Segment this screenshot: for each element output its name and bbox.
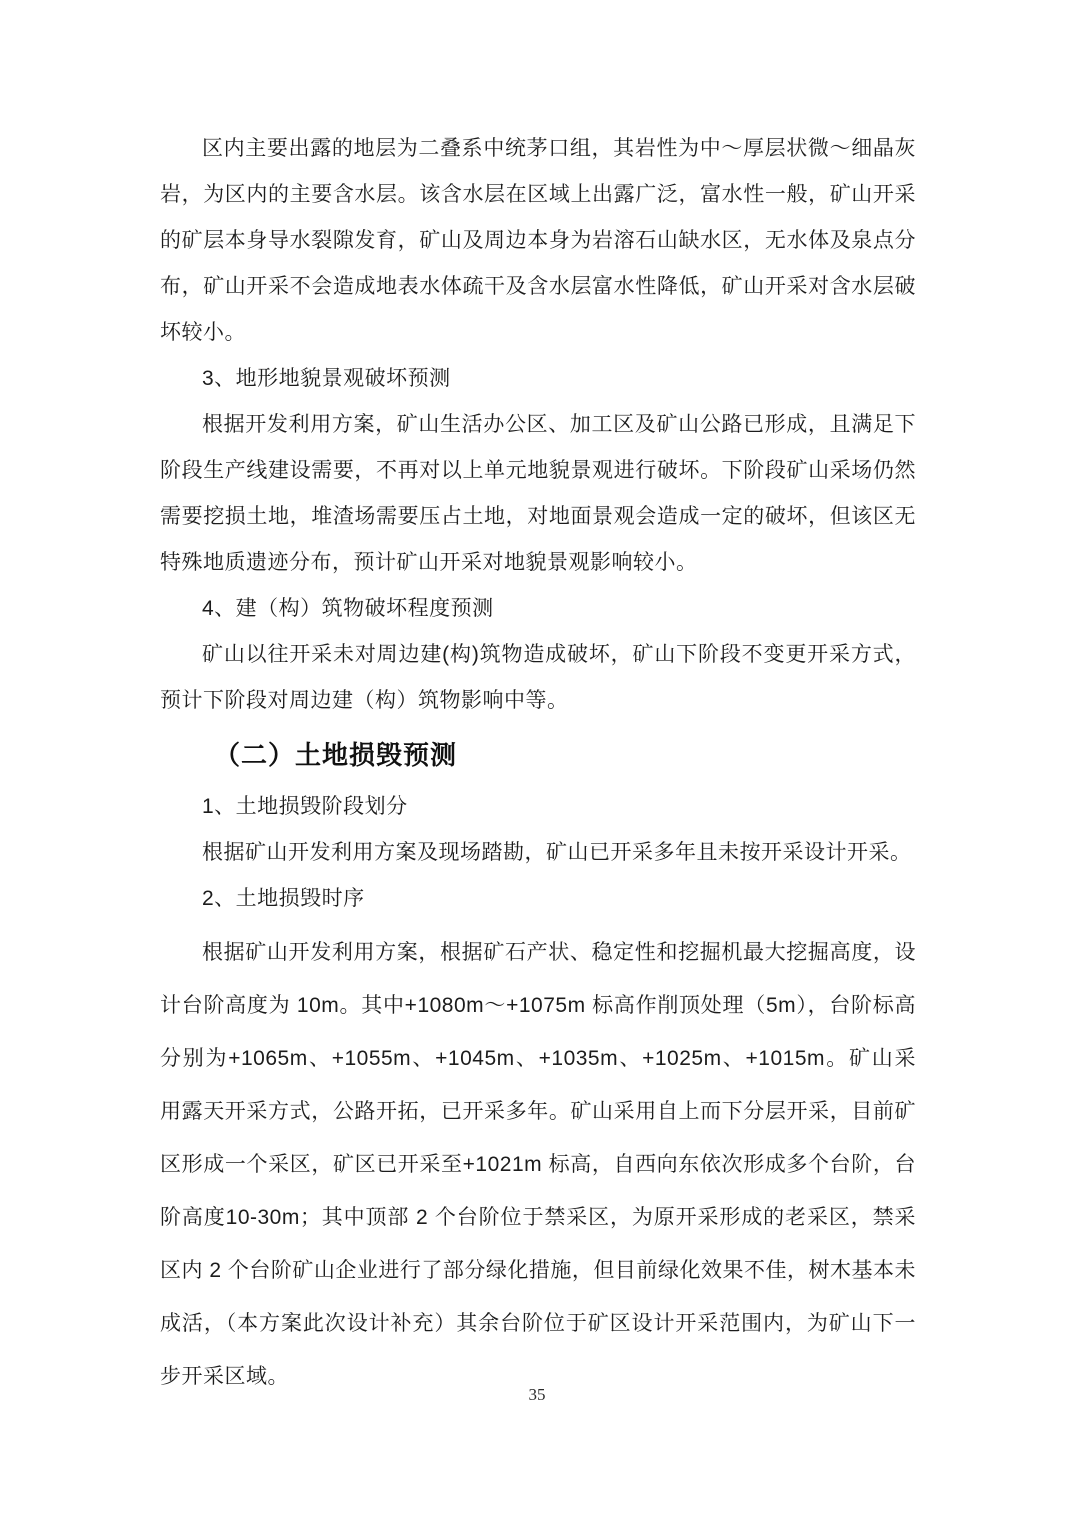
page-number: 35 <box>0 1385 1074 1405</box>
paragraph-land-damage-sequence: 根据矿山开发利用方案，根据矿石产状、稳定性和挖掘机最大挖掘高度，设计台阶高度为 … <box>160 926 916 1403</box>
paragraph-landscape-impact: 根据开发利用方案，矿山生活办公区、加工区及矿山公路已形成，且满足下阶段生产线建设… <box>160 402 916 586</box>
section-heading-land-damage-prediction: （二）土地损毁预测 <box>160 728 916 784</box>
subheading-2-land-damage-sequence: 2、土地损毁时序 <box>160 876 916 922</box>
paragraph-aquifer-impact: 区内主要出露的地层为二叠系中统茅口组，其岩性为中～厚层状微～细晶灰岩，为区内的主… <box>160 126 916 356</box>
subheading-3-landscape-prediction: 3、地形地貌景观破坏预测 <box>160 356 916 402</box>
subheading-1-land-damage-stages: 1、土地损毁阶段划分 <box>160 784 916 830</box>
paragraph-land-damage-stages: 根据矿山开发利用方案及现场踏勘，矿山已开采多年且未按开采设计开采。 <box>160 830 916 876</box>
document-page: 区内主要出露的地层为二叠系中统茅口组，其岩性为中～厚层状微～细晶灰岩，为区内的主… <box>0 0 1074 1520</box>
subheading-4-building-damage-prediction: 4、建（构）筑物破坏程度预测 <box>160 586 916 632</box>
page-content: 区内主要出露的地层为二叠系中统茅口组，其岩性为中～厚层状微～细晶灰岩，为区内的主… <box>160 126 916 1403</box>
paragraph-building-impact: 矿山以往开采未对周边建(构)筑物造成破坏，矿山下阶段不变更开采方式，预计下阶段对… <box>160 632 916 724</box>
